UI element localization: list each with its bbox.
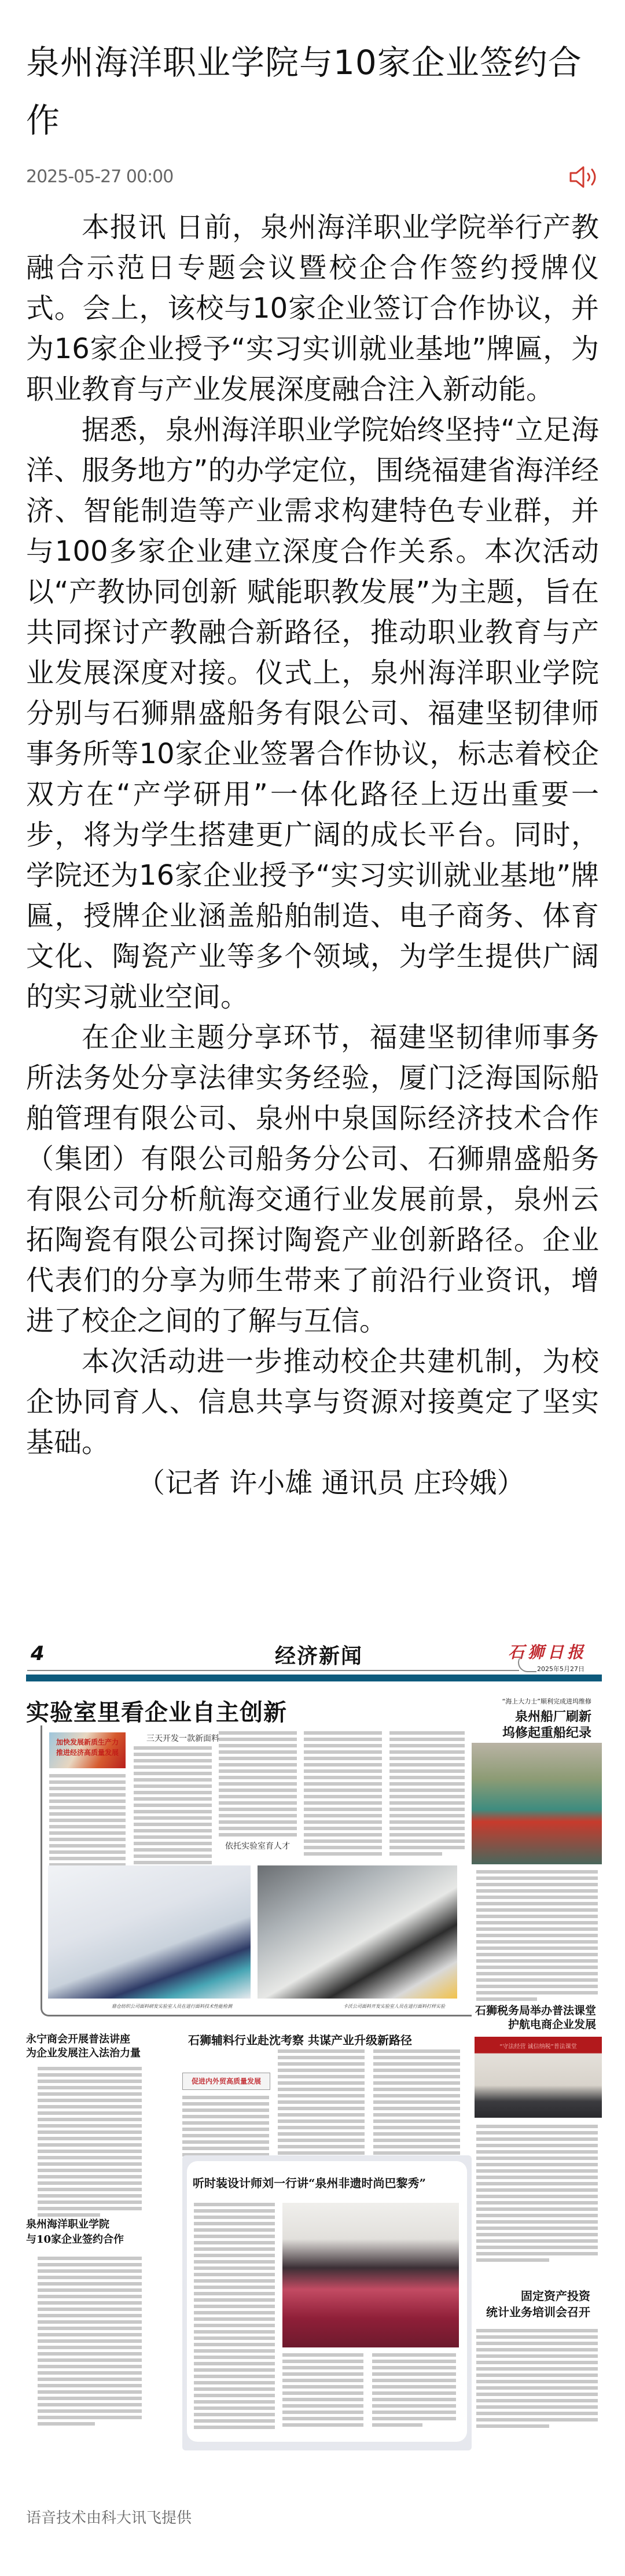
tax-headline-line: 护航电商企业发展 <box>508 2016 596 2032</box>
text-column <box>38 2067 142 2220</box>
article-body: 本报讯 日前，泉州海洋职业学院举行产教融合示范日专题会议暨校企合作签约授牌仪式。… <box>26 207 599 1503</box>
side-kicker: “海上大力士”顺利完成进坞维修 <box>502 1697 591 1706</box>
subhead: 依托实验室育人才 <box>225 1840 290 1852</box>
text-column <box>278 2049 365 2170</box>
auxiliary-tag: 促进内外贸高质量发展 <box>182 2073 270 2090</box>
header-curve <box>518 1655 536 1672</box>
publish-date: 2025-05-27 00:00 <box>26 167 173 187</box>
brand-bar <box>26 1675 602 1681</box>
lab-photo-1 <box>48 1865 251 1999</box>
article-title: 泉州海洋职业学院与10家企业签约合作 <box>26 34 599 149</box>
auxiliary-story: 促进内外贸高质量发展 <box>177 2049 477 2154</box>
text-column <box>372 2353 456 2430</box>
text-column <box>49 1774 126 1876</box>
text-column <box>304 1731 382 1859</box>
article-byline: （记者 许小雄 通讯员 庄玲娥） <box>26 1463 599 1503</box>
photo-caption: 鼎仓纺织公司面料研发实验室人员在进行面料技术性能检测 <box>112 2003 232 2010</box>
article-paragraph: 据悉，泉州海洋职业学院始终坚持“立足海洋、服务地方”的办学定位，围绕福建省海洋经… <box>26 410 599 1017</box>
speaker-icon[interactable] <box>567 164 602 190</box>
text-column <box>219 1731 297 1839</box>
side-headline-line: 坞修起重船纪录 <box>502 1723 591 1741</box>
text-column <box>389 1731 465 1859</box>
investment-headline-line: 固定资产投资 <box>521 2287 590 2303</box>
main-headline: 实验室里看企业自主创新 <box>26 1694 287 1727</box>
shipyard-photo <box>472 1743 602 1864</box>
fashion-story-box: 听时装设计师刘一行讲“泉州非遗时尚巴黎秀” <box>182 2155 472 2450</box>
main-story-box: 加快发展新质生产力 推进经济高质量发展 三天开发一款新面料 依托实验室育人才 鼎… <box>41 1725 472 2016</box>
fashion-headline: 听时装设计师刘一行讲“泉州非遗时尚巴黎秀” <box>193 2174 426 2191</box>
text-column <box>38 2257 142 2428</box>
photo-caption: 卡沃公司面料开发实验室人员在进行面料打样实验 <box>343 2003 445 2010</box>
lab-photo-2 <box>258 1865 457 1999</box>
slogan-banner: 加快发展新质生产力 推进经济高质量发展 <box>49 1732 126 1768</box>
section-title: 经济新闻 <box>275 1640 363 1669</box>
voice-tech-credit: 语音技术由科大讯飞提供 <box>26 2509 192 2527</box>
page-number: 4 <box>31 1642 45 1665</box>
subhead: 三天开发一款新面料 <box>146 1732 219 1744</box>
text-column <box>194 2203 275 2432</box>
text-column <box>373 2049 460 2164</box>
article-meta: 2025-05-27 00:00 <box>26 167 602 190</box>
yongning-headline-line: 永宁商会开展普法讲座 <box>26 2031 130 2046</box>
text-column <box>476 2329 598 2431</box>
side-headline-line: 泉州船厂刷新 <box>515 1707 591 1725</box>
text-column <box>134 1746 212 1874</box>
text-column <box>476 2125 598 2265</box>
banner-line: 推进经济高质量发展 <box>49 1747 126 1758</box>
tax-headline-line: 石狮税务局举办普法课堂 <box>475 2002 596 2018</box>
banner-line: 加快发展新质生产力 <box>49 1737 126 1747</box>
article-paragraph: 本报讯 日前，泉州海洋职业学院举行产教融合示范日专题会议暨校企合作签约授牌仪式。… <box>26 207 599 410</box>
tax-class-photo: “守法经营 诚信纳税”普法课堂 <box>475 2037 602 2118</box>
article-paragraph: 本次活动进一步推动校企共建机制，为校企协同育人、信息共享与资源对接奠定了坚实基础… <box>26 1341 599 1463</box>
college-headline-line: 泉州海洋职业学院 <box>26 2216 109 2231</box>
college-headline-line: 与10家企业签约合作 <box>26 2231 124 2246</box>
article-paragraph: 在企业主题分享环节，福建坚韧律师事务所法务处分享法律实务经验，厦门泛海国际船舶管… <box>26 1017 599 1341</box>
text-column <box>282 2353 363 2430</box>
issue-date: 2025年5月27日 <box>537 1664 584 1673</box>
yongning-headline-line: 为企业发展注入法治力量 <box>26 2045 141 2060</box>
investment-headline-line: 统计业务培训会召开 <box>486 2303 590 2320</box>
text-column <box>476 1870 598 2004</box>
tax-banner-text: “守法经营 诚信纳税”普法课堂 <box>475 2041 602 2050</box>
header-rule <box>27 1670 519 1671</box>
auxiliary-headline: 石狮辅料行业赴沈考察 共谋产业升级新路径 <box>188 2031 412 2048</box>
fashion-lecture-photo <box>282 2203 459 2347</box>
newspaper-page-image: 4 经济新闻 石狮日报 2025年5月27日 实验室里看企业自主创新 加快发展新… <box>26 1632 602 2459</box>
